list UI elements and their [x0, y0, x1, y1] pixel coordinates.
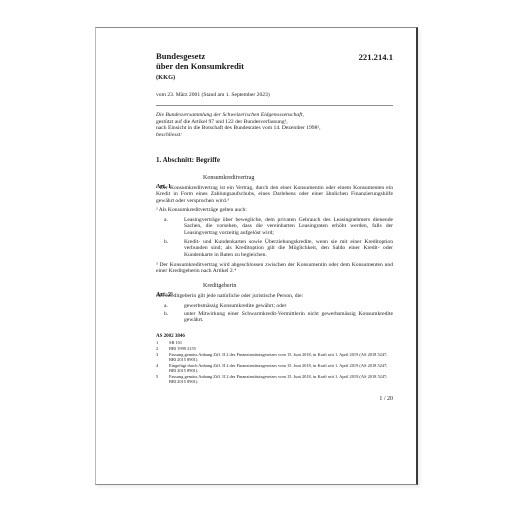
footnote-text: SR 101 [169, 340, 393, 345]
footnote-text: BBl 1999 3155 [169, 346, 393, 351]
sr-number: 221.214.1 [359, 52, 393, 62]
as-reference: AS 2002 3846 [156, 334, 185, 339]
title-line-2: über den Konsumkredit [156, 62, 244, 72]
article-2-heading: Art. 2⁵ Kreditgeberin [156, 283, 393, 291]
list-text: gewerbsmässig Konsumkredite gewährt; ode… [184, 303, 393, 309]
article-1-para-3: ³ Der Konsumkreditvertrag wird abgeschlo… [156, 262, 393, 275]
article-1-para-1: ¹ Der Konsumkreditvertrag ist ein Vertra… [156, 185, 393, 204]
footnote-text: Eingefügt durch Anhang Ziff. II 2 des Fi… [169, 363, 393, 373]
footnote-text: Fassung gemäss Anhang Ziff. II 2 des Fin… [169, 374, 393, 384]
footnote-3: 3 Fassung gemäss Anhang Ziff. II 2 des F… [156, 352, 393, 362]
article-1-para-2: ² Als Konsumkreditverträge gelten auch: [156, 207, 393, 213]
document-page: Bundesgesetz über den Konsumkredit 221.2… [95, 27, 418, 485]
list-text: Leasingverträge über bewegliche, dem pri… [184, 217, 393, 236]
preamble: Die Bundesversammlung der Schweizerische… [156, 112, 393, 138]
footnote-2: 2 BBl 1999 3155 [156, 346, 393, 351]
footnote-text: Fassung gemäss Anhang Ziff. II 2 des Fin… [169, 352, 393, 362]
footnote-4: 4 Eingefügt durch Anhang Ziff. II 2 des … [156, 363, 393, 373]
preamble-line-3: nach Einsicht in die Botschaft des Bunde… [156, 125, 393, 132]
article-1-heading: Art. 1 Konsumkreditvertrag [156, 175, 393, 183]
list-marker: a. [164, 303, 168, 309]
footnote-number: 3 [156, 352, 158, 357]
law-abbreviation: (KKG) [156, 74, 175, 81]
page-number: 1 / 20 [379, 396, 393, 402]
preamble-line-1: Die Bundesversammlung der Schweizerische… [156, 112, 393, 119]
article-2-para-1: Als Kreditgeberin gilt jede natürliche o… [156, 293, 393, 299]
list-text: Kredit- und Kundenkarten sowie Überziehu… [184, 239, 393, 258]
divider [156, 105, 393, 106]
footnote-number: 2 [156, 346, 158, 351]
footnote-number: 5 [156, 374, 158, 379]
footnote-5: 5 Fassung gemäss Anhang Ziff. II 2 des F… [156, 374, 393, 384]
article-title: Konsumkreditvertrag [203, 175, 254, 181]
list-marker: b. [164, 311, 168, 317]
list-marker: a. [164, 217, 168, 223]
footnote-1: 1 SR 101 [156, 340, 393, 345]
footnote-number: 1 [156, 340, 158, 345]
law-title: Bundesgesetz über den Konsumkredit [156, 52, 244, 71]
section-heading: 1. Abschnitt: Begriffe [156, 156, 220, 164]
article-title: Kreditgeberin [203, 283, 236, 289]
footnote-number: 4 [156, 363, 158, 368]
preamble-line-4: beschliesst: [156, 132, 393, 139]
list-text: unter Mitwirkung einer Schwarmkredit-Ver… [184, 311, 393, 324]
date-line: vom 23. März 2001 (Stand am 1. September… [156, 92, 393, 99]
list-marker: b. [164, 239, 168, 245]
